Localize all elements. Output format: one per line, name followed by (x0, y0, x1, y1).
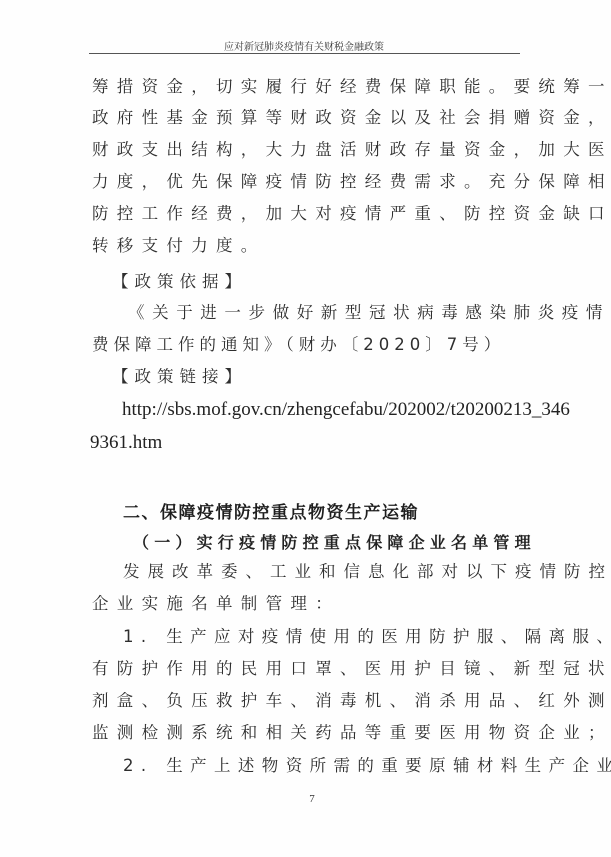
subsection-heading: （一）实行疫情防控重点保障企业名单管理 (133, 530, 536, 553)
paragraph-line: 力度，优先保障疫情防控经费需求。充分保障相关部门疫情 (92, 172, 522, 192)
policy-basis-title: 《关于进一步做好新型冠状病毒感染肺炎疫情防控经 (128, 303, 558, 323)
paragraph-line: 筹措资金，切实履行好经费保障职能。要统筹一般公共预算、 (92, 77, 522, 97)
policy-basis-label: 【政策依据】 (112, 272, 542, 292)
list-item-2-line: 2. 生产上述物资所需的重要原辅材料生产企业、重要设 (123, 756, 553, 776)
policy-link-label: 【政策链接】 (112, 367, 542, 387)
paragraph-line: 财政支出结构，大力盘活财政存量资金，加大医疗卫生投入 (92, 140, 522, 160)
policy-link-url-cont[interactable]: 9361.htm (90, 433, 520, 453)
policy-basis-title-cont: 费保障工作的通知》（财办〔2020〕7号） (92, 335, 522, 355)
list-item-1-line: 有防护作用的民用口罩、医用护目镜、新型冠状病毒检测试 (92, 659, 522, 679)
page-number: 7 (305, 793, 319, 805)
document-page: 应对新冠肺炎疫情有关财税金融政策 筹措资金，切实履行好经费保障职能。要统筹一般公… (0, 0, 611, 857)
header-divider (89, 53, 520, 54)
paragraph-line: 政府性基金预算等财政资金以及社会捐赠资金，进一步优化 (92, 108, 522, 128)
list-item-1-line: 1. 生产应对疫情使用的医用防护服、隔离服、医用及具 (123, 627, 553, 647)
paragraph-line: 企业实施名单制管理： (92, 594, 522, 614)
paragraph-line: 转移支付力度。 (92, 236, 522, 256)
running-header-title: 应对新冠肺炎疫情有关财税金融政策 (89, 38, 519, 53)
section-heading: 二、保障疫情防控重点物资生产运输 (123, 498, 419, 523)
paragraph-line: 发展改革委、工业和信息化部对以下疫情防控重点保障 (123, 562, 553, 582)
list-item-1-line: 监测检测系统和相关药品等重要医用物资企业； (92, 723, 522, 743)
policy-link-url[interactable]: http://sbs.mof.gov.cn/zhengcefabu/202002… (122, 400, 552, 420)
paragraph-line: 防控工作经费，加大对疫情严重、防控资金缺口较大地区的 (92, 204, 522, 224)
list-item-1-line: 剂盒、负压救护车、消毒机、消杀用品、红外测温仪、智能 (92, 691, 522, 711)
